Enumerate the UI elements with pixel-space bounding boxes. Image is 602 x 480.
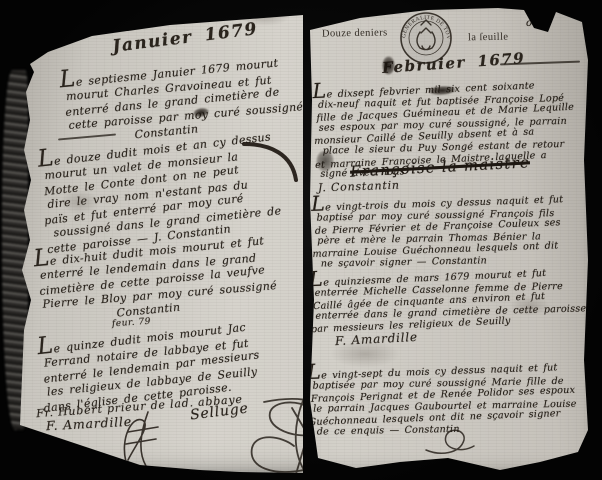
priest-signature: J. Constantin <box>318 179 400 195</box>
paraph-flourish <box>420 420 480 460</box>
title-cross-mark: + <box>175 7 187 23</box>
paper-stain <box>510 296 550 316</box>
left-page-title: Januier 1679 <box>111 19 259 57</box>
paper-stain <box>330 340 400 368</box>
register-scan: + Januier 1679 Le septiesme Januier 1679… <box>0 0 602 480</box>
register-entry: Le quinziesme de mars 1679 mourut et fut… <box>309 267 596 335</box>
flourish-mark: o <box>526 18 532 29</box>
margin-note: feur. 79 <box>112 317 152 330</box>
register-entry: Le vingt-trois du mois cy dessus naquit … <box>311 194 595 271</box>
paper-stain <box>60 190 100 214</box>
tax-label-la-feuille: la ſeuille <box>468 32 509 44</box>
faint-scribble <box>240 8 290 26</box>
ink-swash-stroke <box>240 134 310 186</box>
paraph-flourish-small <box>116 408 162 468</box>
tax-label-douze-deniers: Douze deniers <box>322 27 388 39</box>
